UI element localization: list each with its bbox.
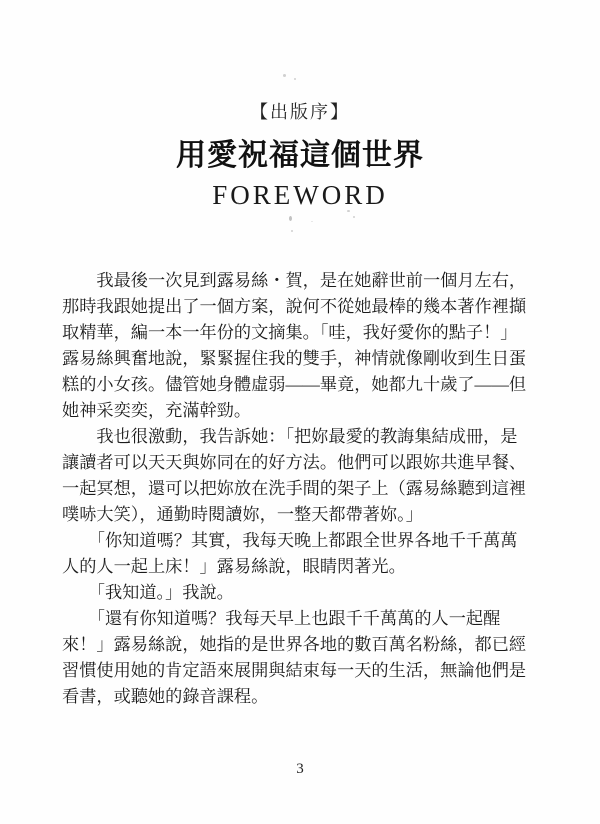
scan-speckle	[289, 216, 292, 221]
page-header: 【出版序】 用愛祝福這個世界 FOREWORD	[0, 98, 600, 211]
body-line: 我也很激動，我告訴她：「把妳最愛的教誨集結成冊，是	[62, 424, 540, 450]
body-line: 看書，或聽她的錄音課程。	[62, 684, 540, 710]
body-line: 人的人一起上床！」露易絲說，眼睛閃著光。	[62, 554, 540, 580]
page-title-english: FOREWORD	[0, 180, 600, 211]
body-line: 取精華，編一本一年份的文摘集。「哇，我好愛你的點子！」	[62, 320, 540, 346]
body-line: 那時我跟她提出了一個方案，說何不從她最棒的幾本著作裡擷	[62, 294, 540, 320]
body-line: 糕的小女孩。儘管她身體虛弱——畢竟，她都九十歲了——但	[62, 372, 540, 398]
body-line: 「我知道。」我說。	[62, 580, 540, 606]
body-line: 習慣使用她的肯定語來展開與結束每一天的生活，無論他們是	[62, 658, 540, 684]
body-text: 我最後一次見到露易絲・賀，是在她辭世前一個月左右， 那時我跟她提出了一個方案，說…	[62, 268, 540, 710]
scan-speckle	[311, 221, 313, 222]
book-page: 【出版序】 用愛祝福這個世界 FOREWORD 我最後一次見到露易絲・賀，是在她…	[0, 0, 600, 824]
body-line: 一起冥想，還可以把妳放在洗手間的架子上（露易絲聽到這裡	[62, 476, 540, 502]
scan-speckle	[353, 216, 355, 218]
body-line: 我最後一次見到露易絲・賀，是在她辭世前一個月左右，	[62, 268, 540, 294]
page-footer: 3	[0, 760, 600, 778]
body-line: 噗哧大笑），通勤時閱讀妳，一整天都帶著妳。」	[62, 502, 540, 528]
page-title: 用愛祝福這個世界	[0, 130, 600, 174]
scan-speckle	[291, 230, 293, 232]
body-line: 露易絲興奮地說，緊緊握住我的雙手，神情就像剛收到生日蛋	[62, 346, 540, 372]
scan-speckle	[283, 74, 286, 77]
body-line: 她神采奕奕，充滿幹勁。	[62, 398, 540, 424]
body-line: 「還有你知道嗎？我每天早上也跟千千萬萬的人一起醒	[62, 606, 540, 632]
section-label: 【出版序】	[0, 98, 600, 124]
scan-speckle	[237, 202, 239, 204]
scan-speckle	[294, 78, 296, 80]
scan-speckle	[347, 210, 350, 212]
body-line: 來！」露易絲說，她指的是世界各地的數百萬名粉絲，都已經	[62, 632, 540, 658]
body-line: 「你知道嗎？其實，我每天晚上都跟全世界各地千千萬萬	[62, 528, 540, 554]
body-line: 讓讀者可以天天與妳同在的好方法。他們可以跟妳共進早餐、	[62, 450, 540, 476]
page-number: 3	[296, 761, 304, 777]
